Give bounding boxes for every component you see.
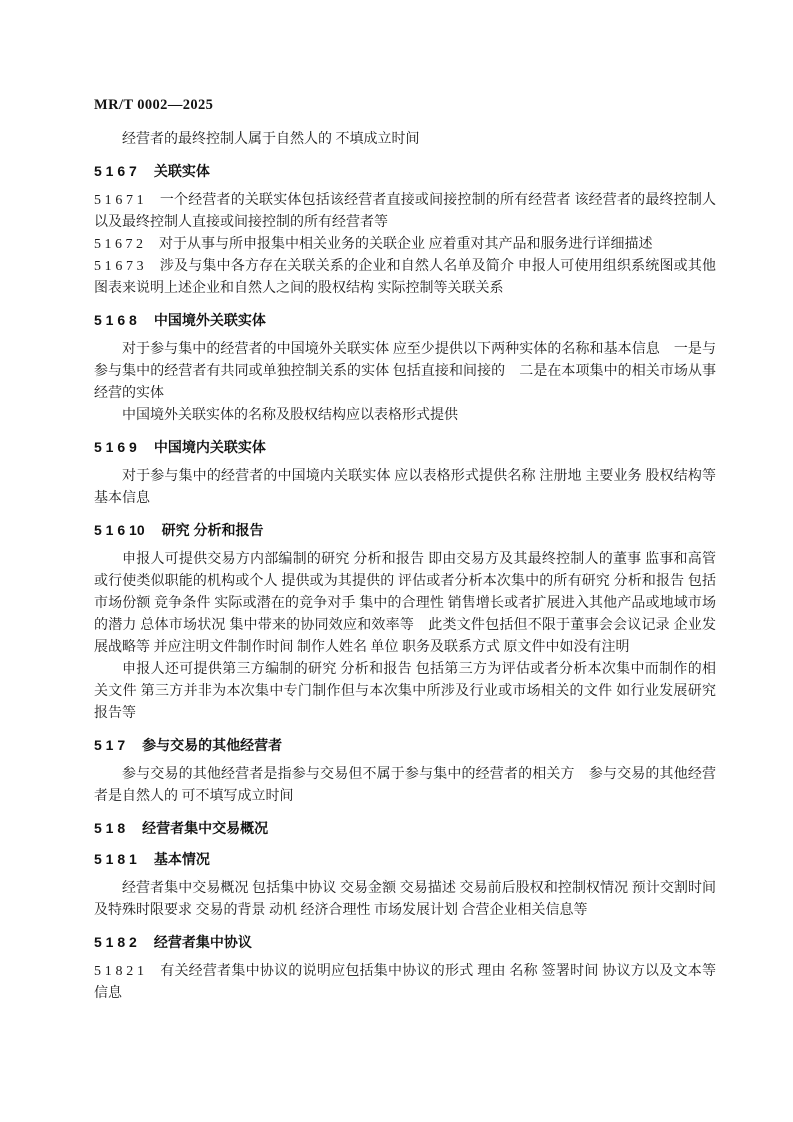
doc-number-header: MR/T 0002—2025	[94, 94, 716, 116]
section-number: 5 1 8 1	[94, 851, 137, 867]
heading-5-1-8-1: 5 1 8 1基本情况	[94, 848, 716, 870]
section-title: 基本情况	[154, 851, 210, 867]
clause-5-1-6-7-1: 5 1 6 7 1一个经营者的关联实体包括该经营者直接或间接控制的所有经营者 该…	[94, 190, 716, 234]
section-number: 5 1 6 8	[94, 312, 137, 328]
paragraph-transaction-overview: 经营者集中交易概况 包括集中协议 交易金额 交易描述 交易前后股权和控制权情况 …	[94, 878, 716, 922]
section-title: 经营者集中协议	[154, 934, 252, 950]
section-number: 5 1 8	[94, 820, 125, 836]
heading-5-1-6-9: 5 1 6 9中国境内关联实体	[94, 436, 716, 458]
clause-5-1-6-7-3: 5 1 6 7 3涉及与集中各方存在关联关系的企业和自然人名单及简介 申报人可使…	[94, 256, 716, 300]
section-number: 5 1 7	[94, 737, 125, 753]
heading-5-1-6-7: 5 1 6 7关联实体	[94, 160, 716, 182]
heading-5-1-8-2: 5 1 8 2经营者集中协议	[94, 931, 716, 953]
heading-5-1-6-10: 5 1 6 10研究 分析和报告	[94, 519, 716, 541]
section-number: 5 1 6 10	[94, 522, 145, 538]
heading-5-1-6-8: 5 1 6 8中国境外关联实体	[94, 309, 716, 331]
clause-number: 5 1 8 2 1	[94, 964, 144, 979]
section-number: 5 1 8 2	[94, 934, 137, 950]
paragraph-thirdparty-research: 申报人还可提供第三方编制的研究 分析和报告 包括第三方为评估或者分析本次集中而制…	[94, 659, 716, 725]
clause-number: 5 1 6 7 3	[94, 259, 144, 274]
page-content: MR/T 0002—2025 经营者的最终控制人属于自然人的 不填成立时间 5 …	[94, 94, 716, 1005]
paragraph-overseas-table-note: 中国境外关联实体的名称及股权结构应以表格形式提供	[94, 405, 716, 427]
clause-number: 5 1 6 7 2	[94, 237, 143, 252]
clause-text: 涉及与集中各方存在关联关系的企业和自然人名单及简介 申报人可使用组织系统图或其他…	[94, 259, 716, 296]
paragraph-other-operators: 参与交易的其他经营者是指参与交易但不属于参与集中的经营者的相关方 参与交易的其他…	[94, 764, 716, 808]
clause-5-1-8-2-1: 5 1 8 2 1有关经营者集中协议的说明应包括集中协议的形式 理由 名称 签署…	[94, 961, 716, 1005]
section-title: 参与交易的其他经营者	[142, 737, 282, 753]
heading-5-1-8: 5 1 8经营者集中交易概况	[94, 817, 716, 839]
section-title: 中国境内关联实体	[154, 439, 266, 455]
heading-5-1-7: 5 1 7参与交易的其他经营者	[94, 734, 716, 756]
paragraph-domestic-entities: 对于参与集中的经营者的中国境内关联实体 应以表格形式提供名称 注册地 主要业务 …	[94, 466, 716, 510]
clause-text: 一个经营者的关联实体包括该经营者直接或间接控制的所有经营者 该经营者的最终控制人…	[94, 193, 716, 230]
paragraph-internal-research: 申报人可提供交易方内部编制的研究 分析和报告 即由交易方及其最终控制人的董事 监…	[94, 549, 716, 659]
section-number: 5 1 6 7	[94, 163, 137, 179]
clause-text: 有关经营者集中协议的说明应包括集中协议的形式 理由 名称 签署时间 协议方以及文…	[94, 964, 716, 1001]
clause-5-1-6-7-2: 5 1 6 7 2对于从事与所申报集中相关业务的关联企业 应着重对其产品和服务进…	[94, 234, 716, 256]
section-title: 中国境外关联实体	[154, 312, 266, 328]
document-page: MR/T 0002—2025 经营者的最终控制人属于自然人的 不填成立时间 5 …	[0, 0, 793, 1122]
clause-text: 对于从事与所申报集中相关业务的关联企业 应着重对其产品和服务进行详细描述	[159, 237, 653, 252]
paragraph-natural-person-note: 经营者的最终控制人属于自然人的 不填成立时间	[94, 129, 716, 151]
section-title: 研究 分析和报告	[162, 522, 264, 538]
clause-number: 5 1 6 7 1	[94, 193, 144, 208]
section-title: 关联实体	[154, 163, 210, 179]
section-title: 经营者集中交易概况	[142, 820, 268, 836]
section-number: 5 1 6 9	[94, 439, 137, 455]
paragraph-overseas-entities: 对于参与集中的经营者的中国境外关联实体 应至少提供以下两种实体的名称和基本信息 …	[94, 339, 716, 405]
